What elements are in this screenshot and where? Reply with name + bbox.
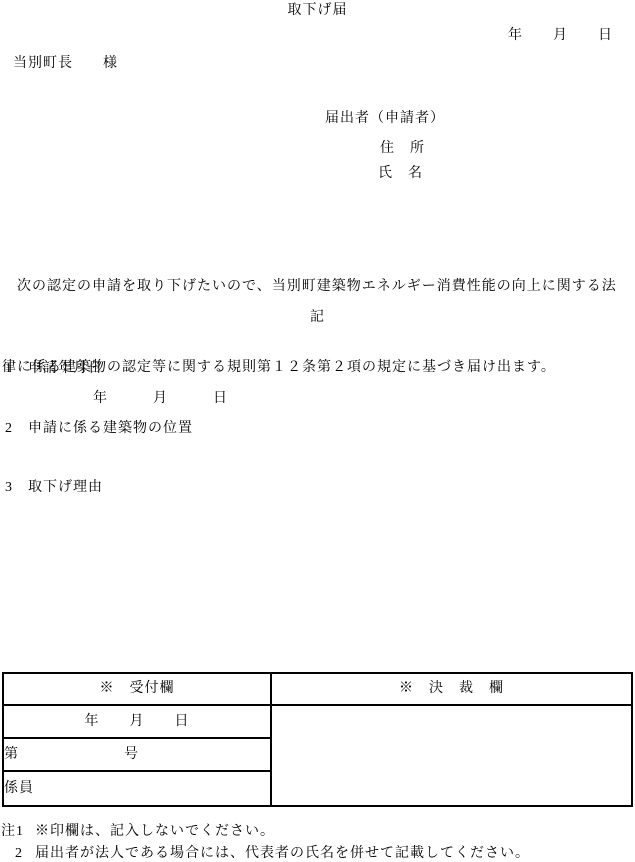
body-line-1: 次の認定の申請を取り下げたいので、当別町建築物エネルギー消費性能の向上に関する法 bbox=[2, 273, 634, 300]
address-label: 住 所 bbox=[380, 140, 425, 158]
item-label: 申請に係る建築物の位置 bbox=[28, 420, 193, 438]
item-number: 2 bbox=[5, 420, 28, 438]
reception-number-cell: 第 号 bbox=[3, 738, 271, 771]
document-page: 取下げ届 年 月 日 当別町長 様 届出者（申請者） 住 所 氏 名 次の認定の… bbox=[0, 0, 635, 862]
item-label: 取下げ理由 bbox=[28, 479, 103, 497]
item-application-date-blank: 年 月 日 bbox=[93, 390, 228, 408]
reception-column-header: ※ 受付欄 bbox=[3, 673, 271, 705]
footnote-2: 2 届出者が法人である場合には、代表者の氏名を併せて記載してください。 bbox=[1, 845, 530, 862]
footnote-text: 届出者が法人である場合には、代表者の氏名を併せて記載してください。 bbox=[35, 845, 530, 862]
ki-heading: 記 bbox=[0, 309, 635, 327]
name-label: 氏 名 bbox=[378, 165, 423, 183]
footnote-label: 注1 bbox=[1, 823, 35, 841]
item-building-location: 2 申請に係る建築物の位置 bbox=[5, 420, 193, 438]
declarant-label: 届出者（申請者） bbox=[325, 110, 445, 128]
item-number: 3 bbox=[5, 479, 28, 497]
date-line: 年 月 日 bbox=[0, 27, 635, 45]
item-application-date: 1 申請年月日 bbox=[5, 360, 103, 378]
approval-blank-cell bbox=[271, 705, 632, 806]
item-withdrawal-reason: 3 取下げ理由 bbox=[5, 479, 103, 497]
staff-cell: 係員 bbox=[3, 771, 271, 806]
item-label: 申請年月日 bbox=[28, 360, 103, 378]
footnote-label: 2 bbox=[1, 845, 35, 862]
addressee: 当別町長 様 bbox=[13, 55, 118, 73]
item-number: 1 bbox=[5, 360, 28, 378]
approval-column-header: ※ 決 裁 欄 bbox=[271, 673, 632, 705]
reception-date-cell: 年 月 日 bbox=[3, 705, 271, 738]
footnote-1: 注1 ※印欄は、記入しないでください。 bbox=[1, 823, 275, 841]
footnote-text: ※印欄は、記入しないでください。 bbox=[35, 823, 275, 841]
reception-approval-table: ※ 受付欄 ※ 決 裁 欄 年 月 日 第 号 係員 bbox=[2, 672, 633, 807]
document-title: 取下げ届 bbox=[0, 2, 635, 20]
